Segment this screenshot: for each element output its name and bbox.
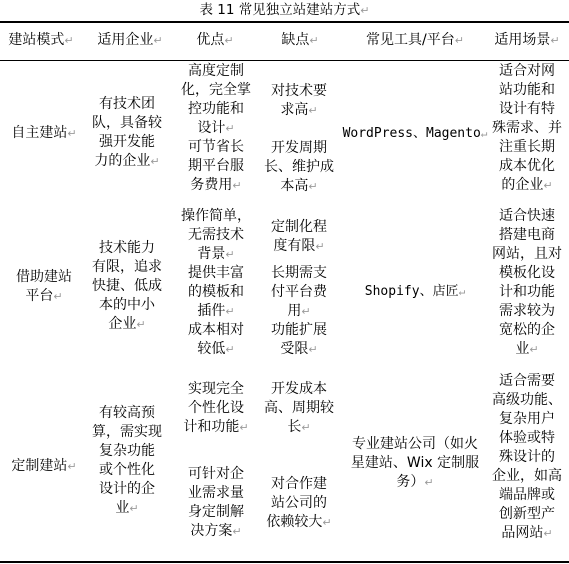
- paragraph-mark-icon: ↵: [459, 285, 466, 298]
- paragraph-mark-icon: ↵: [424, 476, 433, 489]
- cell-line: 企业，如高: [486, 467, 568, 486]
- paragraph-mark-icon: ↵: [224, 34, 233, 47]
- cell-line: 受限↵: [260, 340, 338, 359]
- cell-line: 期平台服: [176, 157, 256, 176]
- cell-text: 的企业: [501, 177, 543, 193]
- cell-line: 体验或特: [486, 429, 568, 448]
- cell-text: 用: [287, 303, 301, 319]
- cell-mode: 定制建站↵: [6, 457, 82, 476]
- cell-tools: WordPress、Magento↵: [340, 124, 490, 143]
- cell-spacer: [260, 437, 338, 475]
- cell-line: 或个性化: [86, 461, 168, 480]
- paragraph-mark-icon: ↵: [232, 525, 241, 538]
- cell-line: 力的企业↵: [86, 152, 168, 171]
- cell-text: 业: [115, 500, 129, 516]
- cell-line: 借助建站: [6, 268, 82, 287]
- cell-line: 平台↵: [6, 287, 82, 306]
- table-caption: 表 11 常见独立站建站方式↵: [0, 1, 569, 20]
- cell-mode: 借助建站 平台↵: [6, 268, 82, 306]
- table-top-rule: [0, 21, 569, 23]
- cell-line: 可节省长: [176, 138, 256, 157]
- cell-line: 务费用↵: [176, 176, 256, 195]
- header-enterprise: 适用企业↵: [90, 30, 170, 51]
- cell-line: 端品牌或: [486, 486, 568, 505]
- cell-line: 队，具备较: [86, 114, 168, 133]
- header-pros: 优点↵: [180, 30, 250, 51]
- cell-line: 的模板和: [176, 283, 256, 302]
- paragraph-mark-icon: ↵: [322, 516, 331, 529]
- table-bottom-rule: [0, 561, 569, 563]
- cell-line: 求高↵: [260, 101, 338, 120]
- cell-enterprise: 有较高预 算，需实现 复杂功能 或个性化 设计的企 业↵: [86, 404, 168, 518]
- cell-text: 自主建站: [11, 125, 67, 141]
- cell-line: 开发周期: [260, 139, 338, 158]
- paragraph-mark-icon: ↵: [153, 34, 162, 47]
- cell-line: 定制建站↵: [6, 457, 82, 476]
- header-scenario: 适用场景↵: [487, 30, 567, 51]
- cell-line: 背景↵: [176, 245, 256, 264]
- cell-line: 较低↵: [176, 340, 256, 359]
- cell-line: 实现完全: [176, 380, 256, 399]
- cell-line: 付平台费: [260, 283, 338, 302]
- cell-line: 计和功能: [486, 283, 568, 302]
- cell-line: 适合快速: [486, 207, 568, 226]
- cell-pros: 高度定制 化，完全掌 控功能和 设计↵ 可节省长 期平台服 务费用↵: [176, 62, 256, 195]
- cell-line: 的企业↵: [486, 176, 568, 195]
- cell-text: 计和功能: [183, 419, 239, 435]
- paragraph-mark-icon: ↵: [309, 34, 318, 47]
- cell-line: 搭建电商: [486, 226, 568, 245]
- header-label: 常见工具/平台: [366, 32, 455, 48]
- cell-text: 力的企业: [94, 153, 150, 169]
- cell-text: 务）: [396, 474, 424, 490]
- cell-text: 品网站: [501, 525, 543, 541]
- cell-line: 设计的企: [86, 480, 168, 499]
- cell-line: 设计有特: [486, 100, 568, 119]
- cell-line: 对合作建: [260, 475, 338, 494]
- cell-tools: 专业建站公司（如火 星建站、Wix 定制服 务）↵: [342, 435, 488, 492]
- cell-line: 控功能和: [176, 100, 256, 119]
- paragraph-mark-icon: ↵: [308, 180, 317, 193]
- cell-line: 化，完全掌: [176, 81, 256, 100]
- cell-line: 专业建站公司（如火: [342, 435, 488, 454]
- cell-text: 背景: [197, 246, 225, 262]
- paragraph-mark-icon: ↵: [129, 502, 138, 515]
- cell-cons: 开发成本 高、周期较 长↵ 对合作建 站公司的 依赖较大↵: [260, 380, 338, 532]
- cell-line: 宽松的企: [486, 321, 568, 340]
- cell-line: 成本相对: [176, 321, 256, 340]
- cell-line: 成本优化: [486, 157, 568, 176]
- cell-text: Shopify、店匠: [365, 284, 459, 299]
- cell-line: 用↵: [260, 302, 338, 321]
- cell-line: 度有限↵: [260, 237, 338, 256]
- cell-line: 开发成本: [260, 380, 338, 399]
- paragraph-mark-icon: ↵: [225, 248, 234, 261]
- cell-text: 务费用: [190, 177, 232, 193]
- cell-text: 依赖较大: [266, 514, 322, 530]
- paragraph-mark-icon: ↵: [308, 343, 317, 356]
- cell-line: 网站，且对: [486, 245, 568, 264]
- cell-line: 业↵: [486, 340, 568, 359]
- cell-line: 强开发能: [86, 133, 168, 152]
- cell-line: 业↵: [86, 499, 168, 518]
- paragraph-mark-icon: ↵: [315, 240, 324, 253]
- cell-line: 殊需求、并: [486, 119, 568, 138]
- cell-pros: 操作简单， 无需技术 背景↵ 提供丰富 的模板和 插件↵ 成本相对 较低↵: [176, 207, 256, 359]
- cell-line: 快捷、低成: [86, 277, 168, 296]
- paragraph-mark-icon: ↵: [67, 460, 76, 473]
- cell-line: 复杂用户: [486, 410, 568, 429]
- paragraph-mark-icon: ↵: [543, 179, 552, 192]
- cell-text: 定制建站: [11, 458, 67, 474]
- cell-line: 对技术要: [260, 82, 338, 101]
- cell-enterprise: 有技术团 队，具备较 强开发能 力的企业↵: [86, 95, 168, 171]
- cell-scenario: 适合对网 站功能和 设计有特 殊需求、并 注重长期 成本优化 的企业↵: [486, 62, 568, 195]
- cell-line: 创新型产: [486, 505, 568, 524]
- paragraph-mark-icon: ↵: [53, 290, 62, 303]
- paragraph-mark-icon: ↵: [529, 343, 538, 356]
- table-header-rule: [0, 60, 569, 61]
- paragraph-mark-icon: ↵: [225, 305, 234, 318]
- cell-tools: Shopify、店匠↵: [340, 282, 490, 301]
- cell-line: 技术能力: [86, 239, 168, 258]
- cell-text: 设计: [197, 120, 225, 136]
- cell-spacer: [260, 120, 338, 139]
- cell-line: 个性化设: [176, 399, 256, 418]
- cell-line: 功能扩展: [260, 321, 338, 340]
- cell-line: 可针对企: [176, 465, 256, 484]
- cell-line: 设计↵: [176, 119, 256, 138]
- header-label: 建站模式: [8, 32, 64, 48]
- cell-text: 较低: [197, 341, 225, 357]
- cell-line: 有技术团: [86, 95, 168, 114]
- cell-scenario: 适合需要 高级功能、 复杂用户 体验或特 殊设计的 企业，如高 端品牌或 创新型…: [486, 372, 568, 543]
- header-label: 适用企业: [97, 32, 153, 48]
- cell-line: 高度定制: [176, 62, 256, 81]
- paragraph-mark-icon: ↵: [360, 4, 369, 17]
- paragraph-mark-icon: ↵: [543, 527, 552, 540]
- cell-spacer: [176, 437, 256, 465]
- cell-line: 站公司的: [260, 494, 338, 513]
- cell-text: 决方案: [190, 523, 232, 539]
- paragraph-mark-icon: ↵: [550, 34, 559, 47]
- paragraph-mark-icon: ↵: [136, 318, 145, 331]
- cell-text: 企业: [108, 316, 136, 332]
- cell-line: 高级功能、: [486, 391, 568, 410]
- header-label: 缺点: [281, 32, 309, 48]
- cell-line: 模板化设: [486, 264, 568, 283]
- paragraph-mark-icon: ↵: [232, 179, 241, 192]
- cell-text: 本高: [280, 178, 308, 194]
- cell-line: 无需技术: [176, 226, 256, 245]
- paragraph-mark-icon: ↵: [225, 122, 234, 135]
- header-mode: 建站模式↵: [6, 30, 76, 51]
- cell-line: 长↵: [260, 418, 338, 437]
- cell-spacer: [260, 256, 338, 264]
- paragraph-mark-icon: ↵: [225, 343, 234, 356]
- paragraph-mark-icon: ↵: [150, 155, 159, 168]
- cell-text: 度有限: [273, 238, 315, 254]
- cell-mode: 自主建站↵: [6, 124, 82, 143]
- cell-line: 长、维护成: [260, 158, 338, 177]
- cell-line: 有限，追求: [86, 258, 168, 277]
- cell-scenario: 适合快速 搭建电商 网站，且对 模板化设 计和功能 需求较为 宽松的企 业↵: [486, 207, 568, 359]
- cell-pros: 实现完全 个性化设 计和功能↵ 可针对企 业需求量 身定制解 决方案↵: [176, 380, 256, 541]
- paragraph-mark-icon: ↵: [67, 127, 76, 140]
- cell-text: 求高: [280, 102, 308, 118]
- caption-text: 表 11 常见独立站建站方式: [200, 2, 361, 18]
- cell-line: 有较高预: [86, 404, 168, 423]
- cell-enterprise: 技术能力 有限，追求 快捷、低成 本的中小 企业↵: [86, 239, 168, 334]
- cell-line: 适合对网: [486, 62, 568, 81]
- header-label: 优点: [196, 32, 224, 48]
- paragraph-mark-icon: ↵: [301, 305, 310, 318]
- cell-text: 受限: [280, 341, 308, 357]
- cell-line: 依赖较大↵: [260, 513, 338, 532]
- paragraph-mark-icon: ↵: [239, 421, 248, 434]
- cell-line: 企业↵: [86, 315, 168, 334]
- cell-line: 算，需实现: [86, 423, 168, 442]
- paragraph-mark-icon: ↵: [455, 34, 464, 47]
- cell-line: 务）↵: [342, 473, 488, 492]
- paragraph-mark-icon: ↵: [64, 34, 73, 47]
- header-tools: 常见工具/平台↵: [345, 30, 485, 51]
- paragraph-mark-icon: ↵: [301, 421, 310, 434]
- cell-text: WordPress、Magento: [343, 126, 481, 141]
- cell-cons: 定制化程 度有限↵ 长期需支 付平台费 用↵ 功能扩展 受限↵: [260, 218, 338, 359]
- cell-line: 注重长期: [486, 138, 568, 157]
- cell-line: 长期需支: [260, 264, 338, 283]
- cell-line: 操作简单，: [176, 207, 256, 226]
- cell-line: Shopify、店匠↵: [340, 282, 490, 301]
- cell-text: 平台: [25, 288, 53, 304]
- cell-line: 业需求量: [176, 484, 256, 503]
- cell-line: 殊设计的: [486, 448, 568, 467]
- cell-line: 复杂功能: [86, 442, 168, 461]
- cell-line: 本高↵: [260, 177, 338, 196]
- paragraph-mark-icon: ↵: [308, 104, 317, 117]
- cell-text: 业: [515, 341, 529, 357]
- cell-line: 星建站、Wix 定制服: [342, 454, 488, 473]
- cell-line: 需求较为: [486, 302, 568, 321]
- cell-cons: 对技术要 求高↵ 开发周期 长、维护成 本高↵: [260, 82, 338, 196]
- cell-line: 站功能和: [486, 81, 568, 100]
- cell-line: 品网站↵: [486, 524, 568, 543]
- cell-line: 身定制解: [176, 503, 256, 522]
- cell-line: 本的中小: [86, 296, 168, 315]
- cell-line: 插件↵: [176, 302, 256, 321]
- cell-line: 提供丰富: [176, 264, 256, 283]
- cell-line: 高、周期较: [260, 399, 338, 418]
- cell-text: 插件: [197, 303, 225, 319]
- cell-text: 长: [287, 419, 301, 435]
- cell-line: 计和功能↵: [176, 418, 256, 437]
- cell-line: 定制化程: [260, 218, 338, 237]
- header-cons: 缺点↵: [265, 30, 335, 51]
- cell-line: 适合需要: [486, 372, 568, 391]
- cell-line: 决方案↵: [176, 522, 256, 541]
- header-label: 适用场景: [494, 32, 550, 48]
- cell-line: 自主建站↵: [6, 124, 82, 143]
- cell-line: WordPress、Magento↵: [340, 124, 490, 143]
